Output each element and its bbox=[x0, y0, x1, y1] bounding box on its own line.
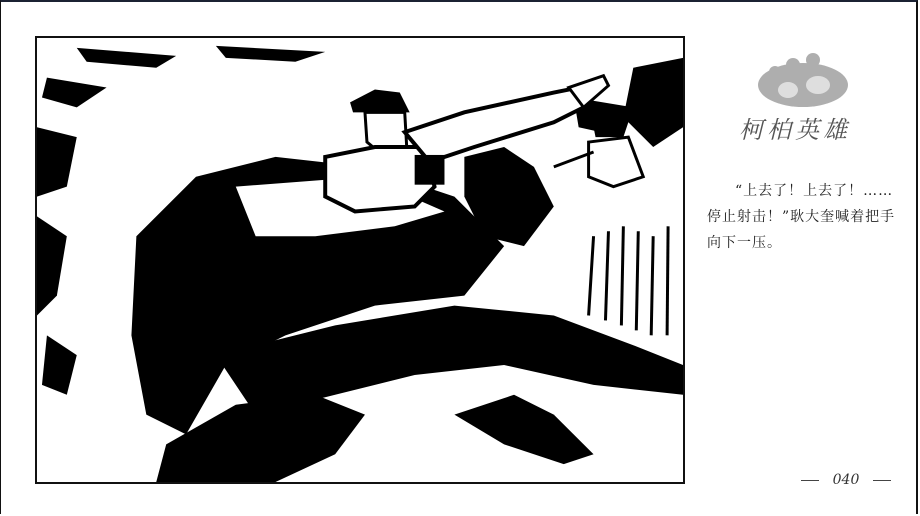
dash-left bbox=[801, 480, 819, 481]
page-number-footer: 040 bbox=[801, 470, 891, 490]
dash-right bbox=[873, 480, 891, 481]
caption-text: “上去了！上去了！……停止射击！”耿大奎喊着把手向下一压。 bbox=[707, 178, 897, 256]
caption-paragraph: “上去了！上去了！……停止射击！”耿大奎喊着把手向下一压。 bbox=[707, 178, 897, 256]
ink-illustration-icon bbox=[37, 38, 683, 482]
series-title: 柯柏英雄 bbox=[739, 110, 869, 145]
page-number: 040 bbox=[833, 472, 860, 488]
illustration-panel bbox=[35, 36, 685, 484]
comic-page: 柯柏英雄 “上去了！上去了！……停止射击！”耿大奎喊着把手向下一压。 040 bbox=[0, 0, 918, 514]
